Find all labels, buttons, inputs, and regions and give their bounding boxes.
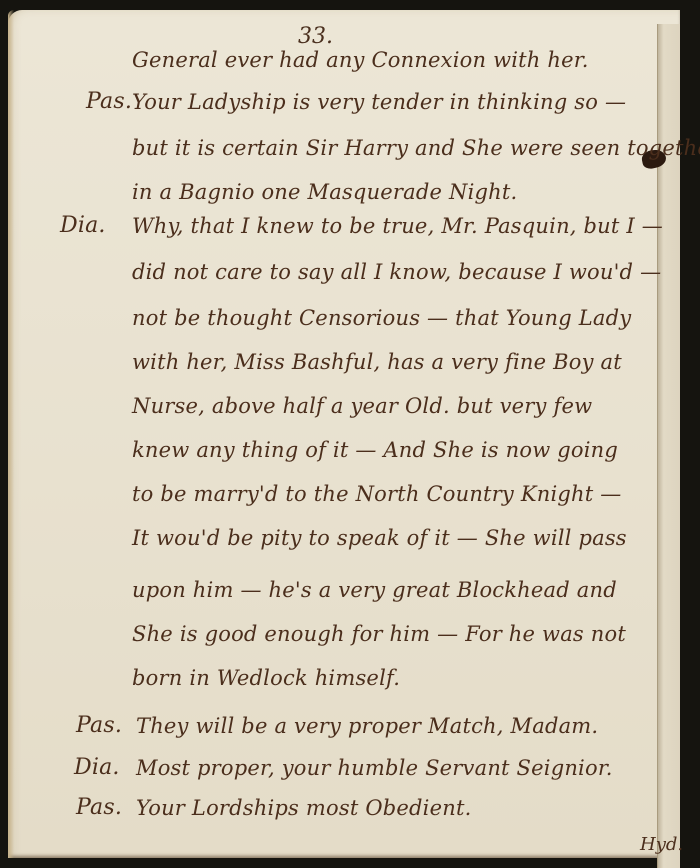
- speaker-label: Dia.: [74, 748, 120, 788]
- catchword: Hyd.: [640, 834, 683, 855]
- speaker-label: Pas.: [86, 82, 132, 122]
- speaker-label: Pas.: [76, 788, 122, 828]
- manuscript-page: 33. General ever had any Connexion with …: [8, 10, 680, 858]
- speaker-label: Dia.: [60, 206, 106, 246]
- speaker-label: Pas.: [76, 706, 122, 746]
